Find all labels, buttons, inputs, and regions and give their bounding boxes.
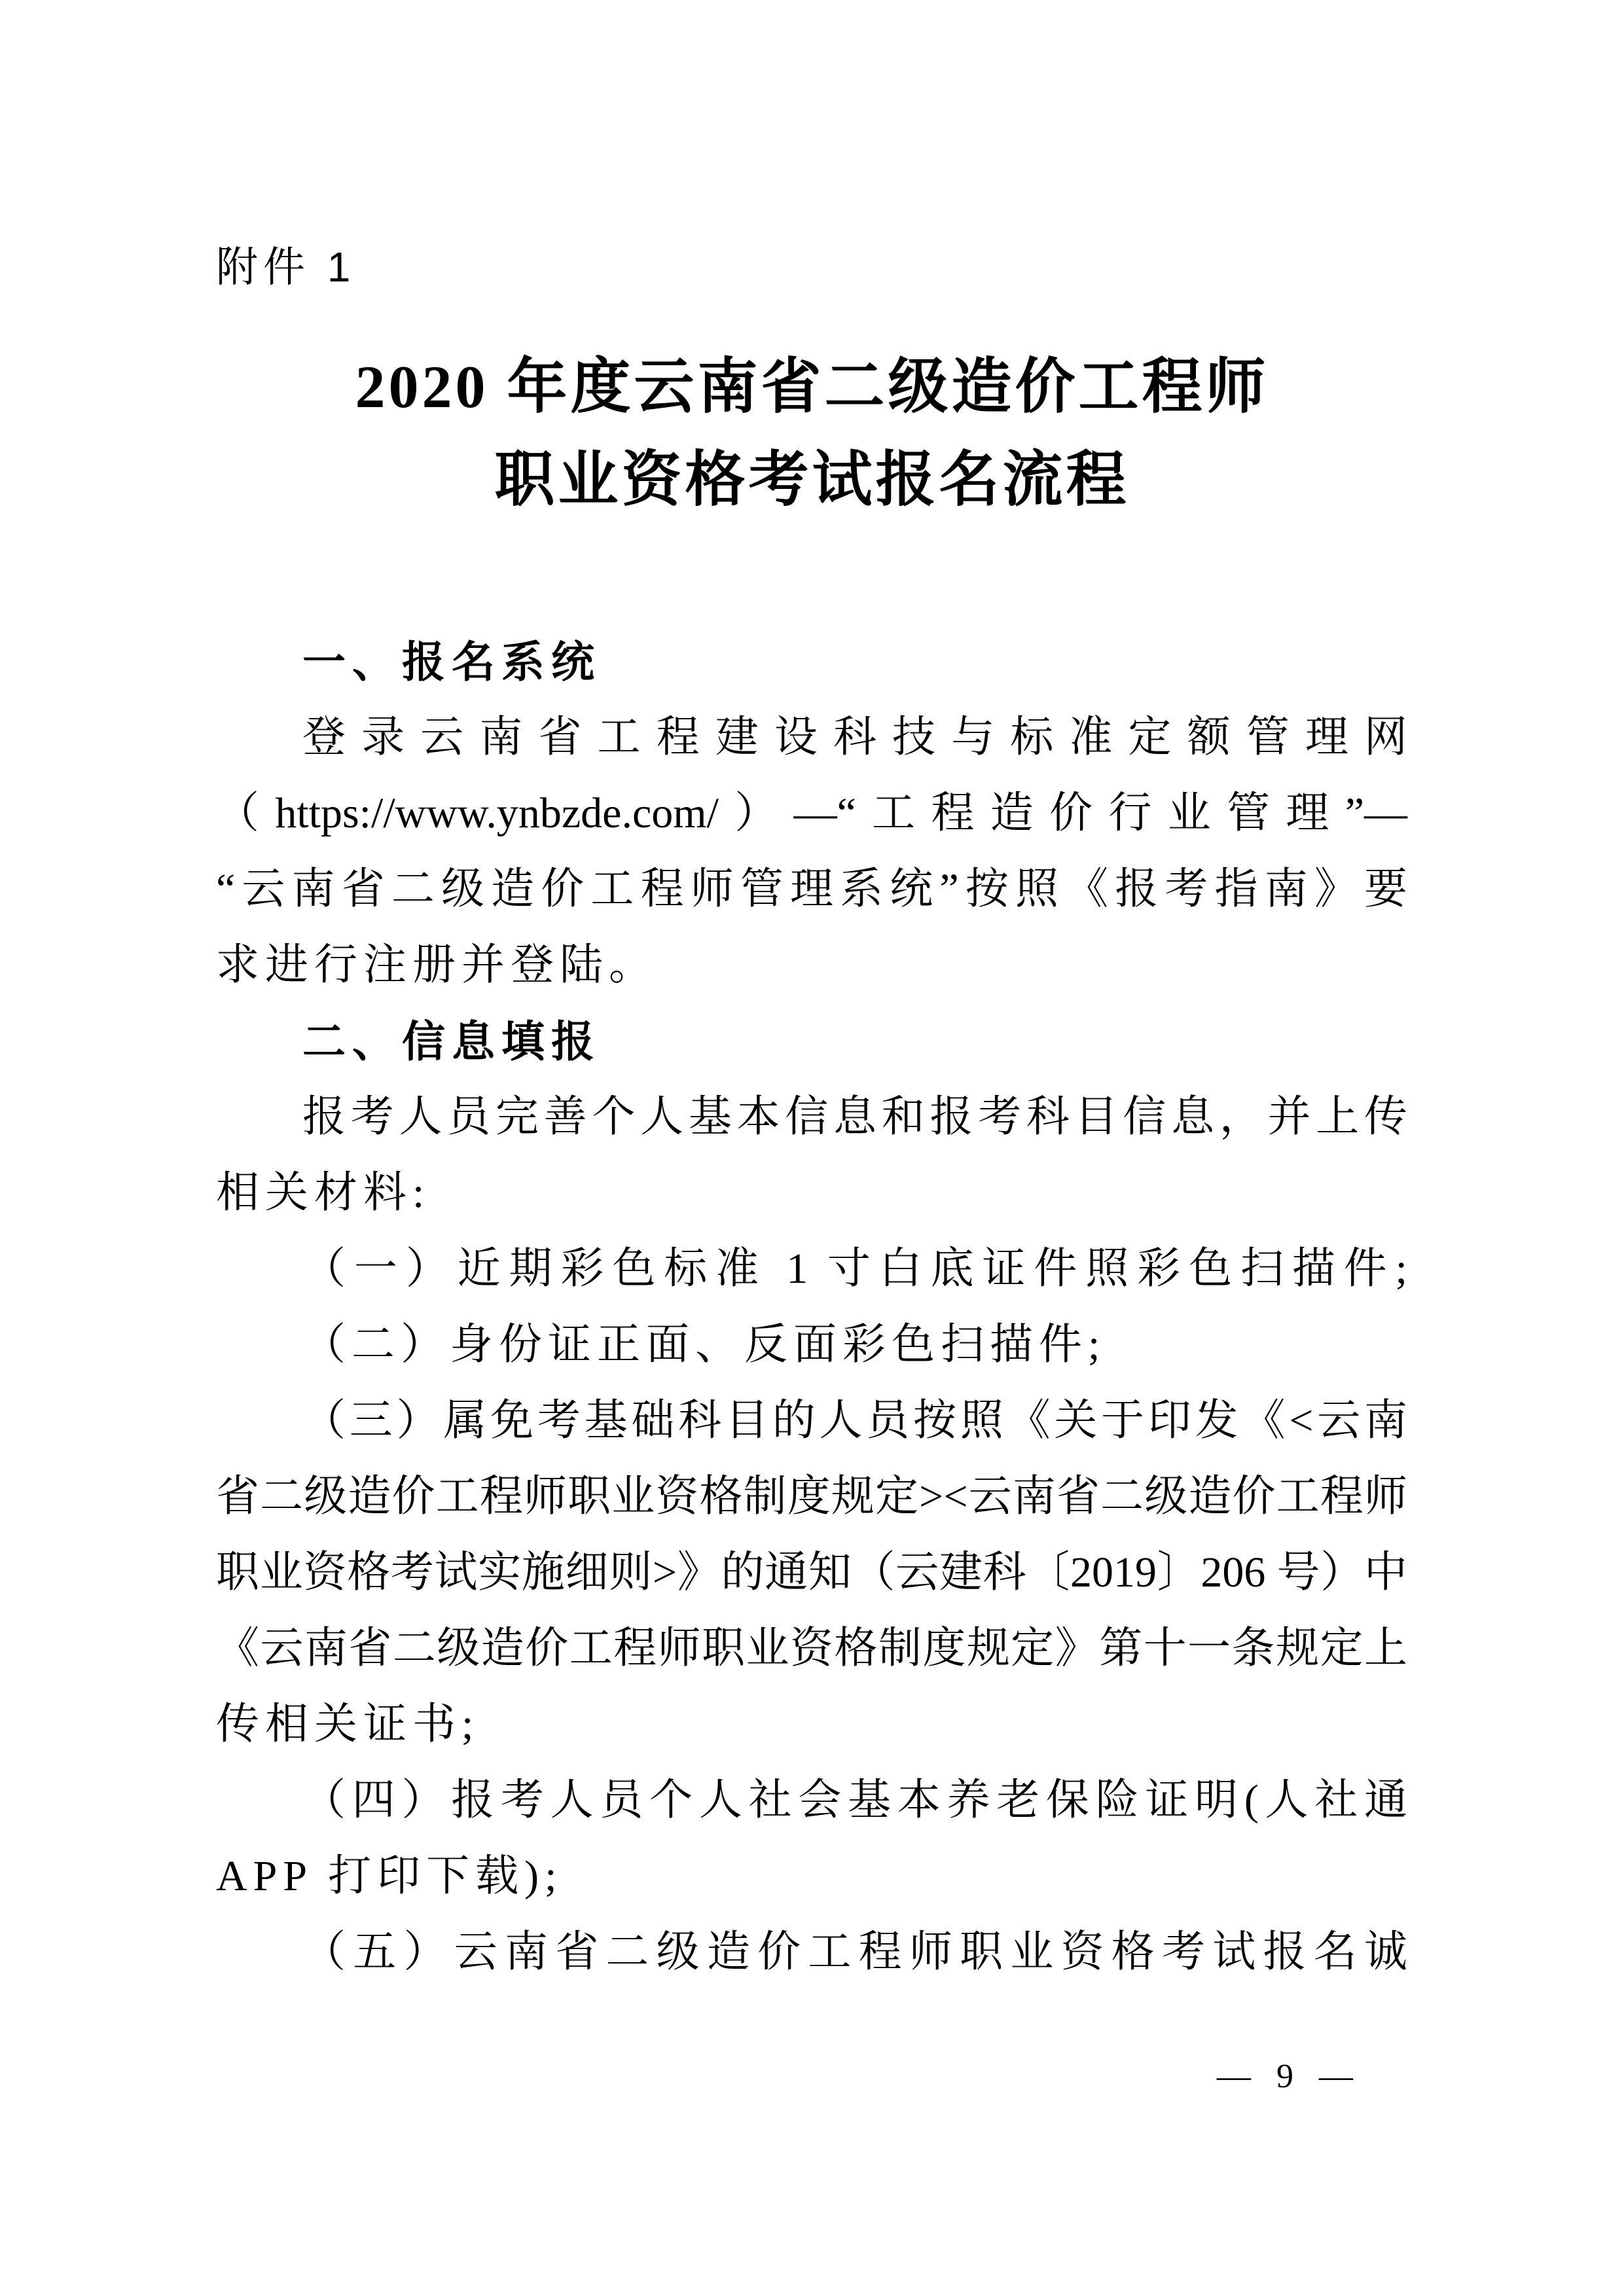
text-line: 职业资格考试实施细则>》的通知（云建科〔2019〕206 号）中 (216, 1535, 1407, 1611)
document-page: 附件 1 2020 年度云南省二级造价工程师 职业资格考试报名流程 一、报名系统… (0, 0, 1624, 2296)
text-line: 报考人员完善个人基本信息和报考科目信息，并上传 (216, 1079, 1407, 1155)
text-line: （四）报考人员个人社会基本养老保险证明(人社通 (216, 1763, 1407, 1839)
text-line: （一）近期彩色标准 1 寸白底证件照彩色扫描件; (216, 1231, 1407, 1307)
text-line: “云南省二级造价工程师管理系统”按照《报考指南》要 (216, 852, 1407, 927)
text-line: 相关材料: (216, 1155, 1407, 1231)
text-line: 传相关证书; (216, 1687, 1407, 1763)
document-title-line1: 2020 年度云南省二级造价工程师 (0, 340, 1624, 433)
text-line: 省二级造价工程师职业资格制度规定><云南省二级造价工程师 (216, 1459, 1407, 1535)
page-number: — 9 — (1106, 2054, 1466, 2100)
attachment-label: 附件 1 (216, 241, 355, 293)
text-line: （五）云南省二级造价工程师职业资格考试报名诚 (216, 1914, 1407, 1990)
section-heading: 二、信息填报 (216, 1003, 1407, 1079)
content-lines: 一、报名系统登录云南省工程建设科技与标准定额管理网（https://www.yn… (216, 624, 1407, 1990)
text-line: （三）属免考基础科目的人员按照《关于印发《<云南 (216, 1383, 1407, 1459)
text-line: 《云南省二级造价工程师职业资格制度规定》第十一条规定上 (216, 1611, 1407, 1687)
text-line: APP 打印下载); (216, 1839, 1407, 1914)
document-title-line2: 职业资格考试报名流程 (0, 433, 1624, 526)
text-line: 登录云南省工程建设科技与标准定额管理网 (216, 700, 1407, 776)
text-line: （https://www.ynbzde.com/）—“工程造价行业管理”— (216, 776, 1407, 852)
document-title: 2020 年度云南省二级造价工程师 职业资格考试报名流程 (0, 340, 1624, 526)
text-line: （二）身份证正面、反面彩色扫描件; (216, 1307, 1407, 1383)
text-line: 求进行注册并登陆。 (216, 927, 1407, 1003)
section-heading: 一、报名系统 (216, 624, 1407, 700)
